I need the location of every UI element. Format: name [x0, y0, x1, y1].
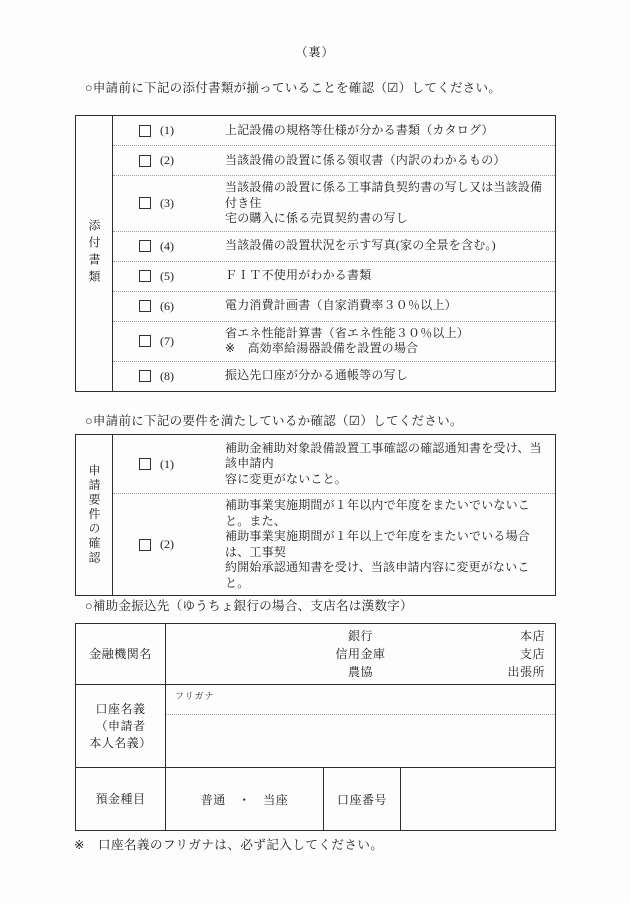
branch-type-options[interactable]: 本店 支店 出張所 [507, 627, 545, 681]
checkbox-cell: (8) [113, 369, 225, 384]
attachment-checkbox-4[interactable] [139, 240, 151, 252]
attachment-checkbox-8[interactable] [139, 370, 151, 382]
table-row: (3) 当該設備の設置に係る工事請負契約書の写し又は当該設備付き住 宅の購入に係… [113, 175, 555, 231]
item-text: 当該設備の設置に係る領収書（内訳のわかるもの） [225, 149, 555, 173]
table-row: (1) 上記設備の規格等仕様が分かる書類（カタログ） [113, 116, 555, 145]
table-row: (6) 電力消費計画書（自家消費率３０％以上） [113, 291, 555, 321]
item-number: (2) [160, 153, 174, 168]
requirements-header-label: 申請要件の確認 [88, 464, 100, 566]
item-number: (1) [160, 123, 174, 138]
attachments-rows: (1) 上記設備の規格等仕様が分かる書類（カタログ） (2) 当該設備の設置に係… [113, 116, 555, 391]
table-row: (2) 補助事業実施期間が１年以内で年度をまたいでいないこと。また、 補助事業実… [113, 493, 555, 595]
attachment-checkbox-6[interactable] [139, 300, 151, 312]
deposit-row: 預金種目 普通 ・ 当座 口座番号 [76, 767, 555, 830]
transfer-table: 金融機関名 銀行 信用金庫 農協 本店 支店 出張所 口座名義 （申請者 本人名… [75, 623, 556, 831]
attachment-checkbox-5[interactable] [139, 270, 151, 282]
financial-institution-label: 金融機関名 [76, 624, 166, 684]
item-text: 振込先口座が分かる通帳等の写し [225, 364, 555, 388]
item-number: (8) [160, 369, 174, 384]
item-text: 補助事業実施期間が１年以内で年度をまたいでいないこと。また、 補助事業実施期間が… [225, 494, 555, 595]
table-row: (2) 当該設備の設置に係る領収書（内訳のわかるもの） [113, 145, 555, 175]
item-text: 電力消費計画書（自家消費率３０％以上） [225, 294, 555, 318]
item-number: (7) [160, 334, 174, 349]
attachment-checkbox-2[interactable] [139, 155, 151, 167]
requirements-table-header: 申請要件の確認 [76, 435, 113, 595]
item-number: (1) [160, 457, 174, 472]
page-side-label: （裏） [0, 43, 630, 60]
account-holder-label: 口座名義 （申請者 本人名義） [76, 685, 166, 767]
checkbox-cell: (1) [113, 123, 225, 138]
item-text: 上記設備の規格等仕様が分かる書類（カタログ） [225, 119, 555, 143]
item-text: 当該設備の設置に係る工事請負契約書の写し又は当該設備付き住 宅の購入に係る売買契… [225, 176, 555, 231]
transfer-section-title: ○補助金振込先（ゆうちょ銀行の場合、支店名は漢数字） [85, 596, 413, 614]
furigana-input[interactable]: フリガナ [166, 685, 555, 715]
checkbox-cell: (3) [113, 196, 225, 211]
checkbox-cell: (2) [113, 537, 225, 552]
institution-type-options[interactable]: 銀行 信用金庫 農協 [335, 627, 385, 681]
checkbox-cell: (4) [113, 239, 225, 254]
form-back-page: （裏） ○申請前に下記の添付書類が揃っていることを確認（☑）してください。 添付… [0, 0, 630, 903]
financial-institution-row: 金融機関名 銀行 信用金庫 農協 本店 支店 出張所 [76, 624, 555, 684]
attachment-checkbox-7[interactable] [139, 335, 151, 347]
item-number: (5) [160, 269, 174, 284]
item-number: (6) [160, 299, 174, 314]
attachments-header-label: 添付書類 [88, 219, 100, 287]
item-text: 省エネ性能計算書（省エネ性能３０％以上） ※ 高効率給湯器設備を設置の場合 [225, 322, 555, 361]
requirements-table: 申請要件の確認 (1) 補助金補助対象設備設置工事確認の確認通知書を受け、当該申… [75, 434, 556, 596]
checkbox-cell: (2) [113, 153, 225, 168]
account-holder-name-input[interactable] [166, 715, 555, 767]
item-text: ＦＩＴ不使用がわかる書類 [225, 264, 555, 288]
requirement-checkbox-1[interactable] [139, 458, 151, 470]
item-number: (4) [160, 239, 174, 254]
table-row: (7) 省エネ性能計算書（省エネ性能３０％以上） ※ 高効率給湯器設備を設置の場… [113, 321, 555, 361]
deposit-type-label: 預金種目 [76, 768, 166, 830]
attachments-table-header: 添付書類 [76, 116, 113, 391]
item-text: 当該設備の設置状況を示す写真(家の全景を含む。) [225, 234, 555, 258]
table-row: (5) ＦＩＴ不使用がわかる書類 [113, 261, 555, 291]
attachments-table: 添付書類 (1) 上記設備の規格等仕様が分かる書類（カタログ） (2) 当該設備… [75, 115, 556, 392]
requirements-section-title: ○申請前に下記の要件を満たしているか確認（☑）してください。 [85, 411, 463, 429]
checkbox-cell: (5) [113, 269, 225, 284]
attachment-checkbox-1[interactable] [139, 125, 151, 137]
furigana-footnote: ※ 口座名義のフリガナは、必ず記入してください。 [74, 835, 383, 853]
table-row: (4) 当該設備の設置状況を示す写真(家の全景を含む。) [113, 231, 555, 261]
deposit-type-options[interactable]: 普通 ・ 当座 [166, 768, 324, 830]
account-holder-field: フリガナ [166, 685, 555, 767]
account-number-input[interactable] [401, 768, 555, 830]
account-number-label: 口座番号 [324, 768, 401, 830]
checkbox-cell: (1) [113, 457, 225, 472]
item-number: (2) [160, 537, 174, 552]
item-number: (3) [160, 196, 174, 211]
attachment-checkbox-3[interactable] [139, 197, 151, 209]
table-row: (1) 補助金補助対象設備設置工事確認の確認通知書を受け、当該申請内 容に変更が… [113, 435, 555, 493]
attachments-section-title: ○申請前に下記の添付書類が揃っていることを確認（☑）してください。 [85, 78, 501, 96]
requirements-rows: (1) 補助金補助対象設備設置工事確認の確認通知書を受け、当該申請内 容に変更が… [113, 435, 555, 595]
checkbox-cell: (7) [113, 334, 225, 349]
financial-institution-field[interactable]: 銀行 信用金庫 農協 本店 支店 出張所 [166, 624, 555, 684]
account-holder-row: 口座名義 （申請者 本人名義） フリガナ [76, 684, 555, 767]
table-row: (8) 振込先口座が分かる通帳等の写し [113, 361, 555, 391]
requirement-checkbox-2[interactable] [139, 539, 151, 551]
item-text: 補助金補助対象設備設置工事確認の確認通知書を受け、当該申請内 容に変更がないこと… [225, 437, 555, 492]
checkbox-cell: (6) [113, 299, 225, 314]
